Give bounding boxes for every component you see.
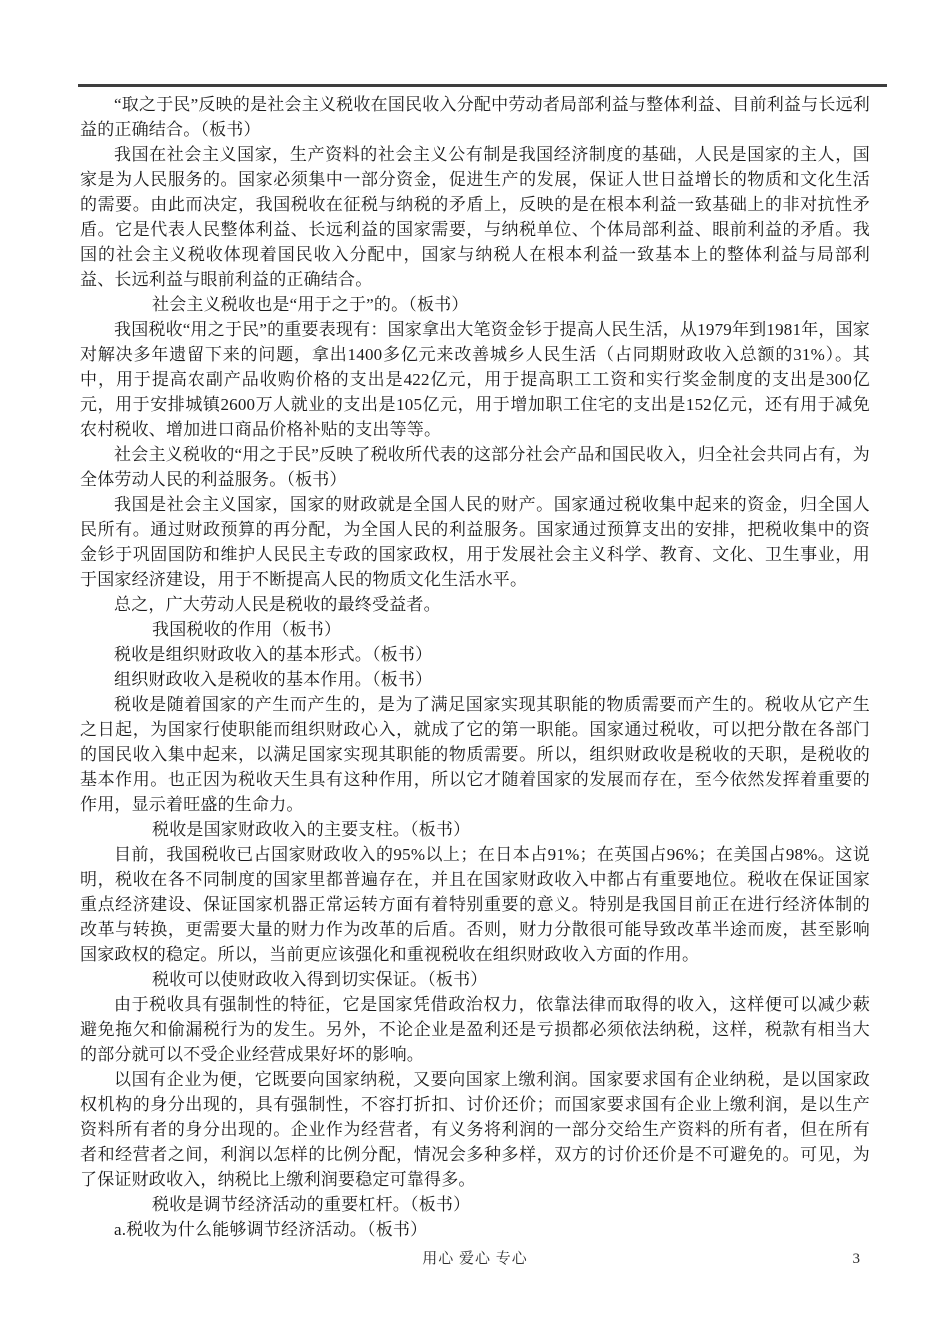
body-paragraph: 社会主义税收的“用之于民”反映了税收所代表的这部分社会产品和国民收入，归全社会共… <box>80 442 870 492</box>
body-paragraph: “取之于民”反映的是社会主义税收在国民收入分配中劳动者局部利益与整体利益、目前利… <box>80 92 870 142</box>
body-paragraph: 税收是随着国家的产生而产生的，是为了满足国家实现其职能的物质需要而产生的。税收从… <box>80 692 870 817</box>
document-body: “取之于民”反映的是社会主义税收在国民收入分配中劳动者局部利益与整体利益、目前利… <box>80 92 870 1242</box>
page-footer: 用心 爱心 专心 3 <box>80 1248 870 1270</box>
body-paragraph: 我国是社会主义国家，国家的财政就是全国人民的财产。国家通过税收集中起来的资金，归… <box>80 492 870 592</box>
body-paragraph: a.税收为什么能够调节经济活动。（板书） <box>80 1217 870 1242</box>
board-heading-paragraph: 税收是调节经济活动的重要杠杆。（板书） <box>80 1192 870 1217</box>
body-paragraph: 组织财政收入是税收的基本作用。（板书） <box>80 667 870 692</box>
body-paragraph: 总之，广大劳动人民是税收的最终受益者。 <box>80 592 870 617</box>
board-heading-paragraph: 税收是国家财政收入的主要支柱。（板书） <box>80 817 870 842</box>
page-number: 3 <box>853 1248 861 1270</box>
board-heading-paragraph: 社会主义税收也是“用于之于”的。（板书） <box>80 292 870 317</box>
body-paragraph: 我国在社会主义国家，生产资料的社会主义公有制是我国经济制度的基础，人民是国家的主… <box>80 142 870 292</box>
board-heading-paragraph: 我国税收的作用（板书） <box>80 617 870 642</box>
body-paragraph: 我国税收“用之于民”的重要表现有：国家拿出大笔资金钐于提高人民生活，从1979年… <box>80 317 870 442</box>
document-page: “取之于民”反映的是社会主义税收在国民收入分配中劳动者局部利益与整体利益、目前利… <box>0 0 950 1344</box>
body-paragraph: 以国有企业为便，它既要向国家纳税，又要向国家上缴利润。国家要求国有企业纳税，是以… <box>80 1067 870 1192</box>
footer-motto: 用心 爱心 专心 <box>80 1248 870 1270</box>
header-rule <box>78 84 887 87</box>
body-paragraph: 由于税收具有强制性的特征，它是国家凭借政治权力，依靠法律而取得的收入，这样便可以… <box>80 992 870 1067</box>
body-paragraph: 目前，我国税收已占国家财政收入的95%以上；在日本占91%；在英国占96%；在美… <box>80 842 870 967</box>
board-heading-paragraph: 税收可以使财政收入得到切实保证。（板书） <box>80 967 870 992</box>
body-paragraph: 税收是组织财政收入的基本形式。（板书） <box>80 642 870 667</box>
